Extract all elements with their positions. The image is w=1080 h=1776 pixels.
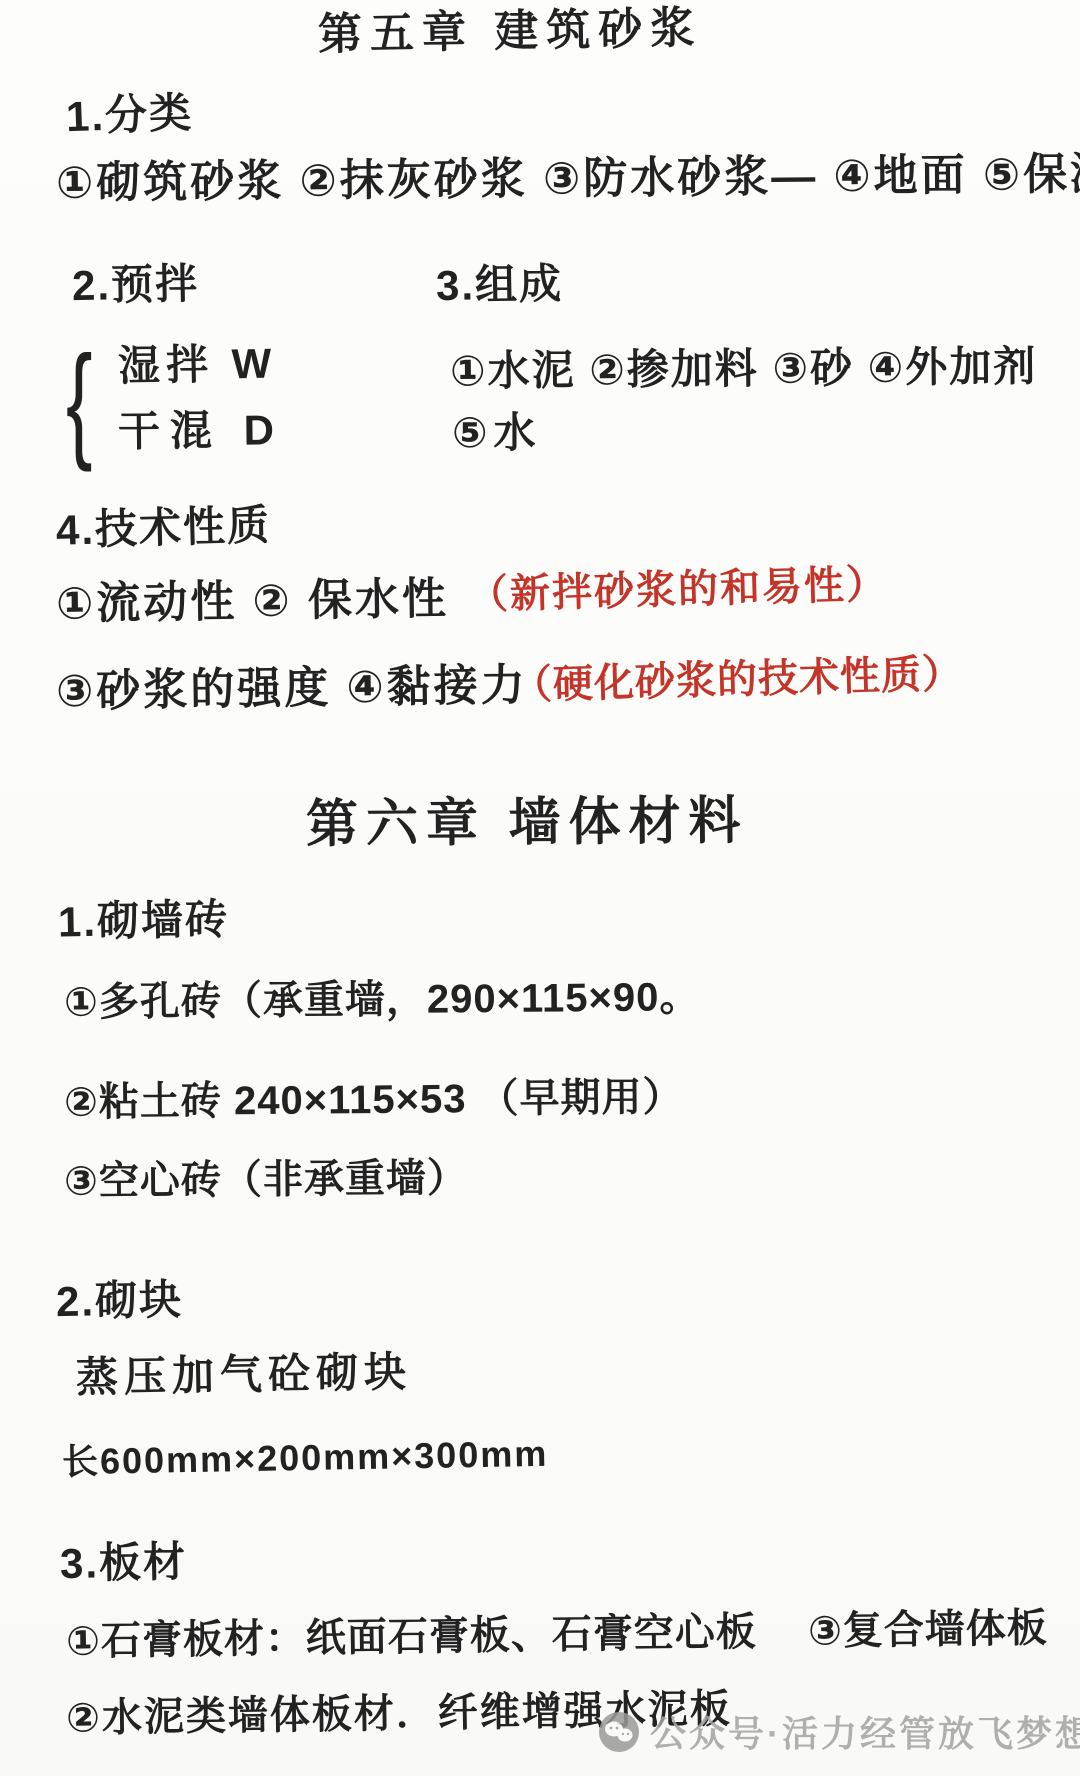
technical-row1-annotation: （新拌砂浆的和易性）: [467, 563, 888, 618]
section-heading-wall-bricks: 1.砌墙砖: [58, 897, 230, 946]
block-dimensions-line: 长600mm×200mm×300mm: [62, 1434, 549, 1482]
section-heading-composition: 3.组成: [436, 261, 564, 309]
brick-item-clay: ②粘土砖 240×115×53 （早期用）: [64, 1075, 684, 1124]
premixed-wet-line: 湿拌 W: [118, 341, 278, 390]
section-heading-premixed: 2.预拌: [72, 261, 200, 309]
section-heading-classification: 1.分类: [65, 90, 194, 141]
watermark: 公众号·活力经管放飞梦想: [598, 1706, 1080, 1757]
brick-item-hollow: ③空心砖（非承重墙）: [64, 1156, 468, 1204]
block-type-line: 蒸压加气砼砌块: [76, 1349, 413, 1401]
notebook-page: 第五章 建筑砂浆 1.分类 ①砌筑砂浆 ②抹灰砂浆 ③防水砂浆— ④地面 ⑤保温…: [0, 0, 1080, 1776]
section-heading-technical: 4.技术性质: [55, 502, 271, 554]
chapter6-title: 第六章 墙体材料: [306, 793, 749, 854]
panel-item-gypsum: ①石膏板材：纸面石膏板、石膏空心板: [66, 1610, 757, 1664]
section-heading-blocks: 2.砌块: [56, 1277, 184, 1325]
section-heading-panels: 3.板材: [60, 1539, 188, 1587]
composition-row2: ⑤水: [452, 410, 542, 456]
composition-row1: ①水泥 ②掺加料 ③砂 ④外加剂: [450, 343, 1038, 394]
panel-item-composite: ③复合墙体板: [808, 1606, 1048, 1653]
technical-row2-annotation: （硬化砂浆的技术性质）: [512, 652, 964, 708]
watermark-text: 公众号·活力经管放飞梦想: [650, 1706, 1080, 1757]
chapter5-title: 第五章 建筑砂浆: [318, 5, 703, 60]
brick-item-perforated: ①多孔砖（承重墙，290×115×90。: [64, 975, 701, 1025]
premixed-dry-line: 干混 D: [118, 407, 284, 455]
brace-icon: {: [66, 338, 93, 466]
technical-row2: ③砂浆的强度 ④黏接力: [56, 662, 528, 717]
classification-items-line: ①砌筑砂浆 ②抹灰砂浆 ③防水砂浆— ④地面 ⑤保温（: [56, 150, 1080, 208]
technical-row1: ①流动性 ② 保水性: [56, 575, 450, 629]
wechat-icon: [598, 1711, 640, 1753]
